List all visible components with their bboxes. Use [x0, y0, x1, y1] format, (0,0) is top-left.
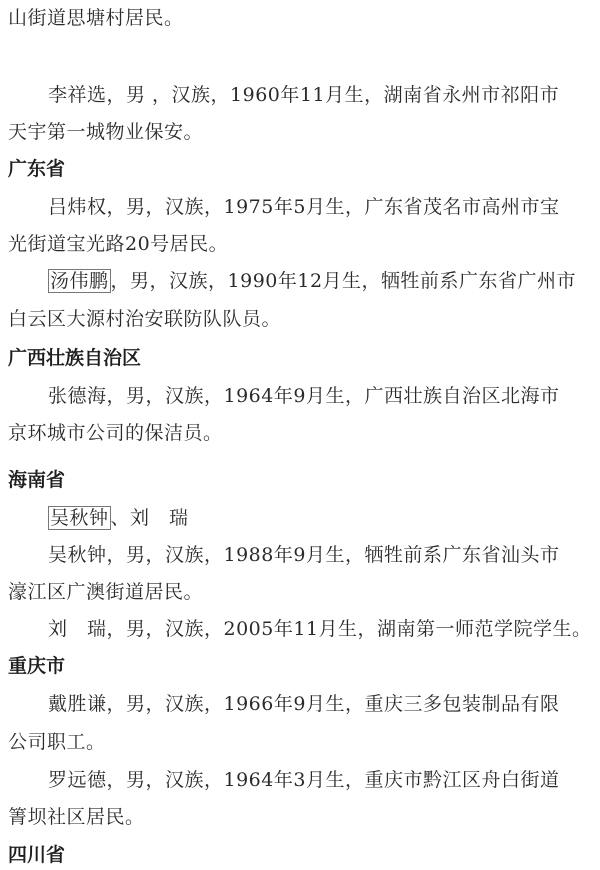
section-heading-hainan: 海南省: [8, 468, 65, 492]
highlighted-name: 汤伟鹏: [48, 269, 111, 293]
paragraph-wu-qiuzhong: 吴秋钟，男，汉族，1988年9月生，牺牲前系广东省汕头市: [48, 543, 559, 567]
text-line: 公司职工。: [8, 730, 106, 754]
group-names-line: 吴秋钟、刘 瑞: [48, 506, 189, 530]
text-line: 京环城市公司的保洁员。: [8, 421, 223, 445]
section-heading-chongqing: 重庆市: [8, 654, 65, 678]
paragraph-li-xiangxuan: 李祥选，男 ，汉族，1960年11月生，湖南省永州市祁阳市: [48, 83, 559, 107]
section-heading-guangdong: 广东省: [8, 157, 65, 181]
text-line: 白云区大源村治安联防队队员。: [8, 307, 281, 331]
paragraph-lv-weiquan: 吕炜权，男，汉族，1975年5月生，广东省茂名市高州市宝: [48, 195, 559, 219]
paragraph-liu-rui: 刘 瑞，男，汉族，2005年11月生，湖南第一师范学院学生。: [48, 617, 592, 641]
section-heading-guangxi: 广西壮族自治区: [8, 346, 141, 370]
text-line: 山街道思塘村居民。: [8, 6, 184, 30]
paragraph-zhang-dehai: 张德海，男，汉族，1964年9月生，广西壮族自治区北海市: [48, 384, 559, 408]
paragraph-dai-shengqian: 戴胜谦，男，汉族，1966年9月生，重庆三多包装制品有限: [48, 692, 559, 716]
paragraph-text: ，男，汉族，1990年12月生，牺牲前系广东省广州市: [111, 270, 577, 292]
text-line: 箐坝社区居民。: [8, 805, 145, 829]
text-line: 濠江区广澳街道居民。: [8, 580, 203, 604]
text-line: 光街道宝光路20号居民。: [8, 232, 228, 256]
highlighted-name: 吴秋钟: [48, 506, 111, 530]
text-line: 天宇第一城物业保安。: [8, 120, 203, 144]
section-heading-sichuan: 四川省: [8, 843, 65, 867]
paragraph-tang-weipeng: 汤伟鹏，男，汉族，1990年12月生，牺牲前系广东省广州市: [48, 269, 576, 293]
paragraph-luo-yuande: 罗远德，男，汉族，1964年3月生，重庆市黔江区舟白街道: [48, 768, 559, 792]
paragraph-text: 、刘 瑞: [111, 507, 189, 529]
